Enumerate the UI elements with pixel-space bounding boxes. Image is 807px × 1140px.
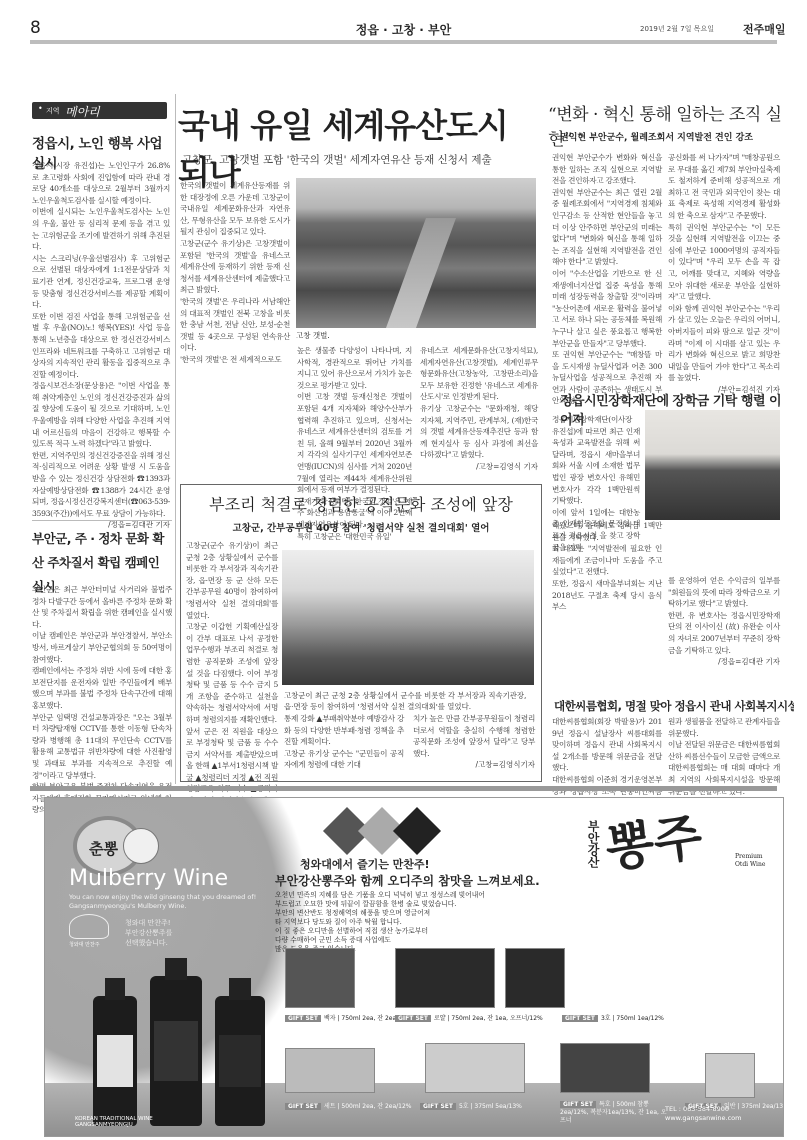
column-divider — [175, 94, 176, 784]
article-body: 공신화를 써 나가자"며 "매창공원으로 무대를 옮긴 제7회 부안마실축제도 … — [668, 152, 780, 395]
wine-bottle — [215, 996, 265, 1126]
gift-set-image — [425, 1043, 525, 1093]
article-text: 한국의 갯벌이 세계유산등재를 위한 대장정에 오른 가운데 고창군이 국내유일… — [180, 180, 290, 366]
photo-caption: 고창 갯벌. — [296, 330, 330, 341]
main-subheadline: 고창군, 고창갯벌 포함 '한국의 갯벌' 세계자연유산 등재 신청서 제출 — [182, 152, 532, 167]
byline: /정읍=김대관 기자 — [668, 656, 780, 667]
contact-info: TEL : 063-584-8900www.gangsanwine.com — [665, 1105, 741, 1123]
website-link[interactable]: www.gangsanwine.com — [665, 1114, 741, 1122]
ad-description: 오천년 민족의 지혜를 담은 기품을 오디 넉넉히 넣고 정성스레 빚어내어 부… — [275, 891, 535, 954]
gift-set-image — [395, 948, 495, 1008]
article-subheadline: 고창군, 간부공무원 40명 참여 '청렴서약 실천 결의대회' 열어 — [180, 520, 542, 534]
article-text: 부안군은 최근 부안터미널 사거리와 불법주정차 다발구간 등에서 올바른 주정… — [32, 584, 172, 816]
gift-set-image — [285, 948, 355, 1008]
meeting-photo — [282, 550, 534, 685]
wine-bottle — [93, 996, 137, 1126]
article-body: 유네스코 세계문화유산(고창지석묘), 세계자연유산(고창갯벌), 세계인류무형… — [420, 345, 538, 472]
maker-label: KOREAN TRADITIONAL WINE GANGSANMYEONGJU — [75, 1116, 153, 1128]
article-headline: 부조리 척결로 청렴한 공직문화 조성에 앞장 — [180, 492, 542, 515]
article-headline: 대한씨름협회, 명절 맞아 정읍시 관내 사회복지시설 위문 — [554, 698, 794, 714]
gift-set-image — [705, 1053, 755, 1098]
blue-house-seal-icon — [69, 914, 109, 939]
article-text: 를 운영하여 얻은 수익금의 일부를 "회원들의 뜻에 따라 장학금으로 기탁하… — [668, 575, 780, 656]
gift-set-image — [285, 1048, 375, 1093]
wine-bottle — [150, 976, 202, 1126]
byline: /고창=김영식 기자 — [420, 461, 538, 472]
article-text: 고창군(군수 유기상)이 최근 군청 2층 상황실에서 군수를 비롯한 각 부서… — [186, 540, 278, 818]
article-text: 권익현 부안군수가 변화와 혁신을 통한 일하는 조직 실현으로 지역발전을 견… — [552, 152, 662, 407]
article-subheadline: 권익현 부안군수, 월례조회서 지역발전 견인 강조 — [560, 130, 753, 143]
gift-set-label: GIFT SET로얄 | 750ml 2ea, 잔 1ea, 오프너/12% — [395, 1013, 543, 1022]
article-text: 통제 강화 ▲부패취약분야 예방감사 강화 등의 다양한 반부패·청렴 정책을 … — [284, 713, 404, 771]
brand-small-text: 부안강산 — [585, 820, 602, 868]
gift-set-label: GIFT SET세트 | 500ml 2ea, 잔 2ea/12% — [285, 1101, 412, 1110]
newspaper-name: 전주매일 — [743, 21, 786, 37]
article-text: 유네스코 세계문화유산(고창지석묘), 세계자연유산(고창갯벌), 세계인류무형… — [420, 345, 538, 461]
article-text: 원과 생필품을 전달하고 관계자들을 위문했다. 이날 전달된 위문금은 대한씨… — [668, 716, 780, 797]
tag-big-label: 메아리 — [65, 103, 100, 120]
header-rule — [30, 40, 777, 44]
article-body: 치가 높은 만큼 간부공무원들이 청렴리더로서 역할을 충실히 수행해 청렴한 … — [413, 713, 535, 770]
seal-text: 청와대 만찬주! 부안강산뽕주를 선택했습니다. — [125, 918, 172, 948]
gift-set-label: GIFT SET3호 | 750ml 1ea/12% — [562, 1013, 664, 1022]
scholarship-photo — [645, 410, 780, 520]
ad-headline: 청와대에서 즐기는 만찬주! — [300, 856, 430, 872]
gift-set-image — [560, 1043, 650, 1093]
article-text: 공신화를 써 나가자"며 "매창공원으로 무대를 옮긴 제7회 부안마실축제도 … — [668, 152, 780, 384]
seal-label: 청와대 만찬주 — [69, 941, 100, 948]
gift-set-label: GIFT SET5호 | 375ml 5ea/13% — [420, 1101, 522, 1110]
issue-date: 2019년 2월 7일 목요일 — [640, 24, 714, 34]
tidal-flat-photo — [296, 178, 536, 328]
ad-title: Mulberry Wine — [69, 866, 228, 891]
article-body: 를 운영하여 얻은 수익금의 일부를 "회원들의 뜻에 따라 장학금으로 기탁하… — [668, 575, 780, 667]
ad-divider — [30, 786, 777, 791]
article-body: 정읍시(시장 유진섭)는 노인인구가 26.8%로 초고령화 사회에 진입함에 … — [32, 160, 170, 530]
article-text: 해왔으며, 올해에도 장학금 1백만원을 기탁했다. 최 대표는 "지역발전에 … — [552, 520, 662, 613]
ad-tagline: You can now enjoy the wild ginseng that … — [69, 893, 256, 911]
column-tag: • 지역 메아리 — [32, 102, 167, 119]
gift-set-badge-icon — [393, 807, 441, 855]
article-text: 치가 높은 만큼 간부공무원들이 청렴리더로서 역할을 충실히 수행해 청렴한 … — [413, 713, 535, 759]
article-divider — [32, 520, 172, 521]
bullet-icon: • — [38, 104, 43, 113]
article-body: 원과 생필품을 전달하고 관계자들을 위문했다. 이날 전달된 위문금은 대한씨… — [668, 716, 780, 808]
premium-label: Premium Otdi Wine — [735, 853, 765, 869]
byline: /고창=김영식기자 — [413, 759, 535, 770]
gift-set-image — [505, 948, 565, 1008]
gift-set-label: GIFT SET특호 | 500ml 참뽕2ea/12%, 복분자1ea/13%… — [560, 1101, 670, 1125]
ad-headline: 부안강산뽕주와 함께 오디주의 참맛을 느껴보세요. — [275, 872, 540, 889]
tag-small-label: 지역 — [46, 106, 60, 116]
gift-set-label: GIFT SET백자 | 750ml 2ea, 잔 2ea/16% — [285, 1013, 412, 1022]
brand-calligraphy: 뽕주 — [600, 797, 706, 881]
article-text: 정읍시(시장 유진섭)는 노인인구가 26.8%로 초고령화 사회에 진입함에 … — [32, 160, 170, 519]
mulberry-wine-ad: 춘뽕 Mulberry Wine You can now enjoy the w… — [44, 797, 784, 1137]
photo-caption: 고창군이 최근 군청 2층 상황실에서 군수를 비롯한 각 부서장과 직속기관장… — [284, 690, 534, 712]
mascot-icon — [123, 828, 159, 864]
